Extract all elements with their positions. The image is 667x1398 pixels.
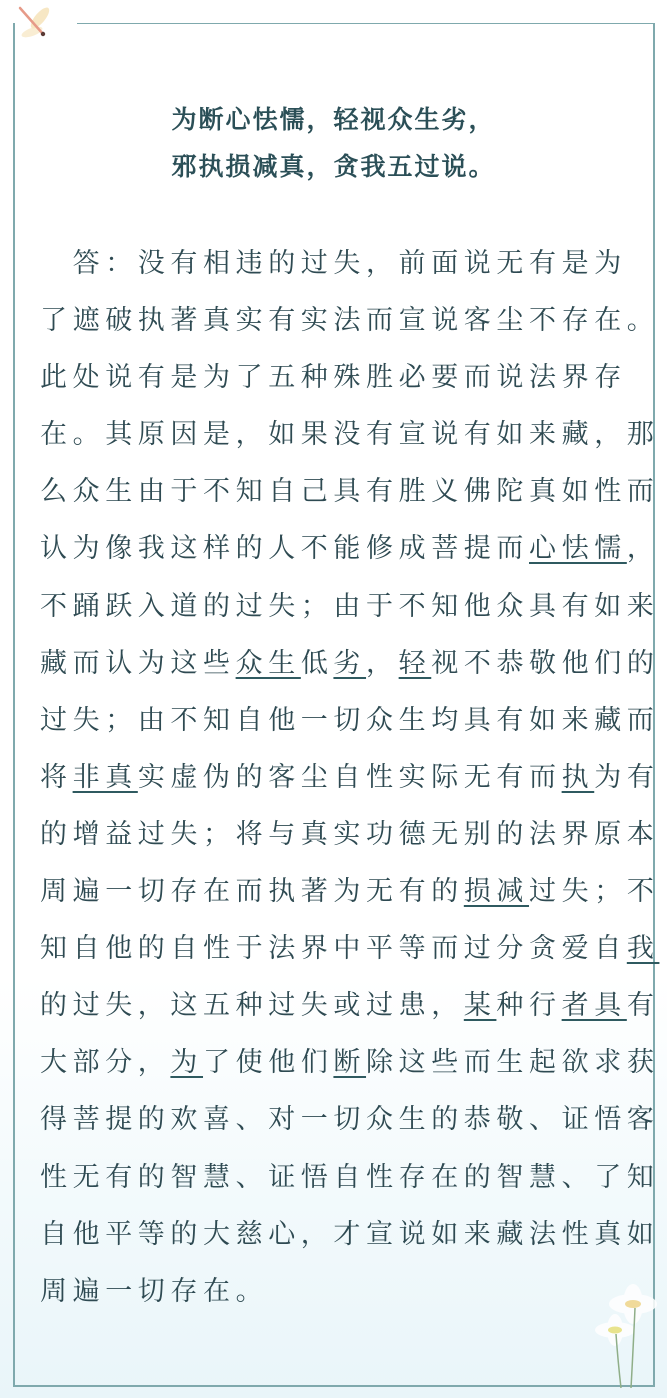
commentary-body: 答：没有相违的过失，前面说无有是为了遮破执著真实有实法而宣说客尘不存在。此处说有…: [40, 235, 640, 1320]
body-text-segment: 除这些而生起欲求获: [366, 1047, 659, 1078]
body-text-segment: ，: [627, 533, 660, 564]
underlined-keyword: 某: [464, 990, 497, 1021]
body-line: 么众生由于不知自己具有胜义佛陀真如性而: [40, 463, 640, 520]
body-text-segment: 性无有的智慧、证悟自性存在的智慧、了知: [40, 1162, 659, 1193]
body-text-segment: 答：没有相违的过失，前面说无有是为: [40, 248, 627, 279]
body-text-segment: 有: [627, 990, 660, 1021]
body-text-segment: 自他平等的大慈心，才宣说如来藏法性真如: [40, 1219, 659, 1250]
body-text-segment: 将: [40, 762, 73, 793]
body-line: 此处说有是为了五种殊胜必要而说法界存: [40, 349, 640, 406]
body-text-segment: 藏而认为这些: [40, 648, 236, 679]
underlined-keyword: 者具: [562, 990, 627, 1021]
underlined-keyword: 心怯懦: [529, 533, 627, 564]
body-text-segment: ，: [366, 648, 399, 679]
body-line: 周遍一切存在。: [40, 1263, 640, 1320]
underlined-keyword: 损减: [464, 876, 529, 907]
body-text-segment: 实虚伪的客尘自性实际无有而: [138, 762, 562, 793]
verse-title: 为断心怯懦，轻视众生劣， 邪执损减真，贪我五过说。: [0, 96, 667, 190]
body-text-segment: 此处说有是为了五种殊胜必要而说法界存: [40, 362, 627, 393]
body-line: 大部分，为了使他们断除这些而生起欲求获: [40, 1034, 640, 1091]
body-text-segment: 知自他的自性于法界中平等而过分贪爱自: [40, 933, 627, 964]
dragonfly-icon: [10, 2, 56, 42]
body-text-segment: 得菩提的欢喜、对一切众生的恭敬、证悟客: [40, 1104, 659, 1135]
underlined-keyword: 我: [627, 933, 660, 964]
body-line: 的过失，这五种过失或过患，某种行者具有: [40, 977, 640, 1034]
body-line: 得菩提的欢喜、对一切众生的恭敬、证悟客: [40, 1091, 640, 1148]
frame-top-border: [77, 23, 655, 24]
body-text-segment: 视不恭敬他们的: [431, 648, 659, 679]
body-text-segment: 不踊跃入道的过失；由于不知他众具有如来: [40, 591, 659, 622]
body-text-segment: 大部分，: [40, 1047, 170, 1078]
body-line: 周遍一切存在而执著为无有的损减过失；不: [40, 863, 640, 920]
underlined-keyword: 为: [170, 1047, 203, 1078]
underlined-keyword: 非真: [73, 762, 138, 793]
body-text-segment: 过失；不: [529, 876, 659, 907]
body-line: 在。其原因是，如果没有宣说有如来藏，那: [40, 406, 640, 463]
underlined-keyword: 劣: [333, 648, 366, 679]
body-line: 性无有的智慧、证悟自性存在的智慧、了知: [40, 1149, 640, 1206]
body-text-segment: 了遮破执著真实有实法而宣说客尘不存在。: [40, 305, 659, 336]
body-text-segment: 低: [301, 648, 334, 679]
underlined-keyword: 断: [333, 1047, 366, 1078]
verse-line-2: 邪执损减真，贪我五过说。: [0, 143, 667, 190]
body-text-segment: 过失；由不知自他一切众生均具有如来藏而: [40, 705, 659, 736]
underlined-keyword: 轻: [399, 648, 432, 679]
underlined-keyword: 众生: [236, 648, 301, 679]
body-text-segment: 的增益过失；将与真实功德无别的法界原本: [40, 819, 659, 850]
body-text-segment: 了使他们: [203, 1047, 333, 1078]
body-text-segment: 么众生由于不知自己具有胜义佛陀真如性而: [40, 476, 659, 507]
body-text-segment: 周遍一切存在而执著为无有的: [40, 876, 464, 907]
underlined-keyword: 执: [562, 762, 595, 793]
body-line: 将非真实虚伪的客尘自性实际无有而执为有: [40, 749, 640, 806]
body-text-segment: 周遍一切存在。: [40, 1276, 268, 1307]
body-text-segment: 种行: [496, 990, 561, 1021]
body-text-segment: 为有: [594, 762, 659, 793]
body-line: 答：没有相违的过失，前面说无有是为: [40, 235, 640, 292]
body-line: 知自他的自性于法界中平等而过分贪爱自我: [40, 920, 640, 977]
verse-line-1: 为断心怯懦，轻视众生劣，: [0, 96, 667, 143]
body-line: 认为像我这样的人不能修成菩提而心怯懦，: [40, 520, 640, 577]
body-text-segment: 认为像我这样的人不能修成菩提而: [40, 533, 529, 564]
body-line: 过失；由不知自他一切众生均具有如来藏而: [40, 692, 640, 749]
body-line: 不踊跃入道的过失；由于不知他众具有如来: [40, 578, 640, 635]
body-line: 了遮破执著真实有实法而宣说客尘不存在。: [40, 292, 640, 349]
body-text-segment: 的过失，这五种过失或过患，: [40, 990, 464, 1021]
body-line: 藏而认为这些众生低劣，轻视不恭敬他们的: [40, 635, 640, 692]
body-line: 自他平等的大慈心，才宣说如来藏法性真如: [40, 1206, 640, 1263]
body-text-segment: 在。其原因是，如果没有宣说有如来藏，那: [40, 419, 659, 450]
body-line: 的增益过失；将与真实功德无别的法界原本: [40, 806, 640, 863]
